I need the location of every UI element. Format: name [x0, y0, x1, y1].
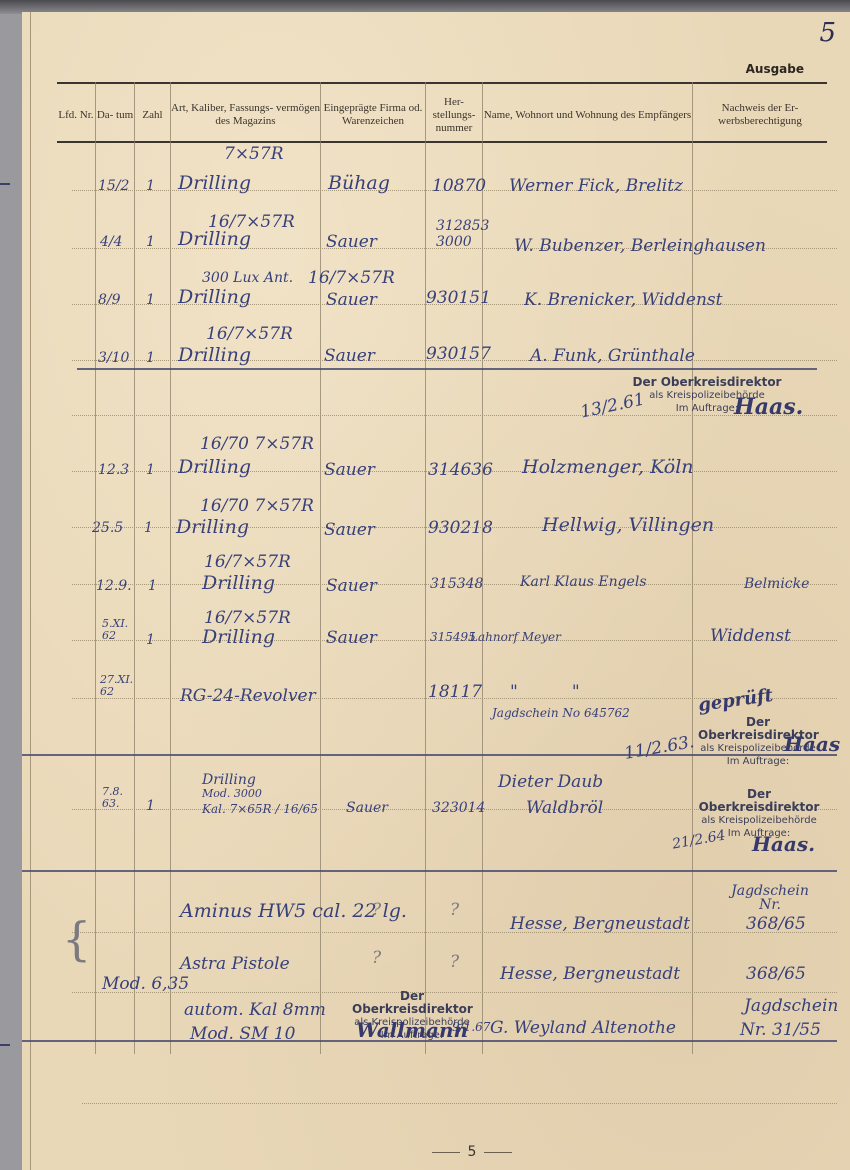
- cell-art: Kal. 7×65R / 16/65: [202, 802, 318, 816]
- cell-firma: Sauer: [326, 232, 377, 252]
- col-header-empfaenger: Name, Wohnort und Wohnung des Empfängers: [483, 90, 692, 140]
- ledger-page: 5 Ausgabe Lfd. Nr. Da- tum Zahl Art, Kal…: [22, 12, 850, 1170]
- cell-nummer: 18117: [428, 682, 482, 702]
- cell-art: Drilling: [178, 172, 251, 194]
- col-divider: [134, 82, 135, 1054]
- cell-firma: Sauer: [326, 290, 377, 310]
- cell-nachweis: Nr. 31/55: [740, 1020, 821, 1040]
- cell-empfaenger: Lahnorf Meyer: [470, 630, 561, 644]
- cell-zahl: 1: [146, 292, 155, 308]
- cell-art: Drilling: [178, 344, 251, 366]
- section-rule: [22, 870, 837, 872]
- cell-art-top: 16/70 7×57R: [200, 434, 314, 454]
- cell-datum: 5.XI. 62: [102, 618, 126, 642]
- cell-firma: ?: [372, 900, 381, 920]
- col-divider: [692, 82, 693, 1054]
- stamp-line: Der Oberkreisdirektor: [352, 990, 472, 1016]
- cell-art-top: Drilling: [202, 772, 256, 788]
- cell-empfaenger: G. Weyland Altenothe: [490, 1018, 676, 1038]
- cell-firma: Sauer: [346, 800, 388, 816]
- cell-empfaenger: Hesse, Bergneustadt: [510, 914, 690, 934]
- col-header-datum: Da- tum: [96, 90, 134, 140]
- page-number: 5: [468, 1144, 477, 1160]
- header-top-rule: [57, 82, 827, 84]
- cell-empfaenger: Karl Klaus Engels: [520, 574, 647, 590]
- cell-nachweis-top: Jagdschein: [744, 996, 838, 1016]
- cell-nummer: 930151: [426, 288, 491, 308]
- cell-empfaenger: Holzmenger, Köln: [522, 456, 694, 478]
- cell-nummer-top: 312853: [436, 218, 489, 234]
- approval-mark: geprüft: [697, 685, 774, 716]
- cell-datum: 4/4: [100, 234, 123, 250]
- stamp-line: Der Oberkreisdirektor: [694, 788, 824, 814]
- signature: Haas.: [734, 394, 803, 420]
- section-title: Ausgabe: [746, 62, 804, 76]
- col-divider: [425, 82, 426, 1054]
- cell-art-top: 300 Lux Ant.: [202, 270, 293, 286]
- cell-zahl: 1: [146, 798, 155, 814]
- col-header-lfd-nr: Lfd. Nr.: [57, 90, 95, 140]
- cell-firma-top: 16/7×57R: [308, 268, 395, 288]
- col-header-nummer: Her- stellungs- nummer: [426, 90, 482, 140]
- cell-zahl: 1: [148, 578, 157, 594]
- row-guide: [72, 415, 837, 416]
- cell-datum: 3/10: [98, 350, 129, 366]
- cell-nachweis-top: Jagdschein Nr.: [730, 884, 810, 912]
- cell-firma: Bühag: [328, 172, 390, 194]
- cell-art: Astra Pistole: [180, 954, 290, 974]
- cell-nummer: 3000: [436, 234, 472, 250]
- cell-nummer: 315495: [430, 630, 476, 644]
- cell-zahl: 1: [146, 350, 155, 366]
- cell-firma: Sauer: [326, 628, 377, 648]
- cell-nummer: 314636: [428, 460, 493, 480]
- stamp-date: 21/2.64: [671, 827, 727, 852]
- cell-zahl: 1: [146, 234, 155, 250]
- cell-art: RG-24-Revolver: [180, 686, 316, 706]
- col-divider: [95, 82, 96, 1054]
- cell-firma: Sauer: [324, 460, 375, 480]
- cell-art-top: 7×57R: [224, 144, 284, 164]
- cell-nummer: ?: [450, 900, 459, 920]
- cell-empfaenger: A. Funk, Grünthale: [530, 346, 695, 366]
- cell-empfaenger: " ": [510, 682, 580, 702]
- col-header-art: Art, Kaliber, Fassungs- vermögen des Mag…: [171, 90, 320, 140]
- col-divider: [170, 82, 171, 1054]
- cell-empfaenger: Waldbröl: [526, 798, 603, 818]
- corner-page-number: 5: [819, 18, 836, 48]
- col-header-nachweis: Nachweis der Er- werbsberechtigung: [693, 90, 827, 140]
- cell-empfaenger: Hellwig, Villingen: [542, 514, 714, 536]
- cell-zahl: 1: [146, 178, 155, 194]
- cell-art: Drilling: [202, 572, 275, 594]
- margin-mark: [0, 1044, 10, 1046]
- cell-datum: 15/2: [98, 178, 129, 194]
- cell-art-mid: Mod. 3000: [202, 787, 262, 800]
- cell-empfaenger: K. Brenicker, Widdenst: [524, 290, 722, 310]
- cell-nummer: 930157: [426, 344, 491, 364]
- stamp-line: Im Auftrage:: [698, 755, 818, 768]
- section-rule: [77, 368, 817, 370]
- signature: Haas.: [752, 832, 815, 856]
- cell-empfaenger: Werner Fick, Brelitz: [509, 176, 683, 196]
- cell-nummer: ?: [450, 952, 459, 972]
- signature: Haas: [784, 732, 840, 756]
- cell-nachweis: Belmicke: [744, 576, 809, 592]
- cell-art: Drilling: [176, 516, 249, 538]
- cell-datum: 25.5: [92, 520, 123, 536]
- cell-empfaenger: W. Bubenzer, Berleinghausen: [514, 236, 766, 256]
- row-guide: [82, 1103, 837, 1104]
- stamp-date: 11/2.63.: [623, 732, 696, 764]
- cell-datum: 27.XI. 62: [100, 674, 124, 698]
- cell-art: Mod. SM 10: [190, 1024, 295, 1044]
- pencil-bracket: {: [62, 912, 91, 966]
- cell-art: Drilling: [178, 456, 251, 478]
- cell-zahl: 1: [146, 462, 155, 478]
- cell-art-top: 16/70 7×57R: [200, 496, 314, 516]
- stamp-line: als Kreispolizeibehörde: [694, 814, 824, 827]
- cell-firma: Sauer: [324, 520, 375, 540]
- page-fold-line: [30, 12, 31, 1170]
- cell-firma: Sauer: [324, 346, 375, 366]
- col-header-zahl: Zahl: [135, 90, 170, 140]
- cell-nummer: 323014: [432, 800, 485, 816]
- cell-zahl: 1: [146, 632, 155, 648]
- col-header-firma: Eingeprägte Firma od. Warenzeichen: [321, 90, 425, 140]
- cell-datum: 12.3: [98, 462, 129, 478]
- margin-mark: [0, 183, 10, 185]
- cell-note: Jagdschein No 645762: [492, 706, 630, 720]
- cell-empfaenger-top: Dieter Daub: [498, 772, 603, 792]
- cell-zahl: 1: [144, 520, 153, 536]
- cell-nachweis: Widdenst: [710, 626, 791, 646]
- cell-art: Drilling: [178, 286, 251, 308]
- cell-art: Drilling: [178, 228, 251, 250]
- cell-datum: 7.8. 63.: [102, 786, 126, 810]
- cell-art-top: 16/7×57R: [204, 552, 291, 572]
- stamp-line: Der Oberkreisdirektor: [632, 376, 782, 389]
- cell-nummer: 315348: [430, 576, 483, 592]
- cell-datum: 8/9: [98, 292, 121, 308]
- cell-datum: Mod. 6,35: [102, 974, 189, 994]
- cell-art-top: autom. Kal 8mm: [184, 1000, 326, 1020]
- cell-firma: ?: [372, 948, 381, 968]
- cell-nummer: 930218: [428, 518, 493, 538]
- page-number-footer: 5: [412, 1144, 532, 1160]
- cell-nachweis: 368/65: [746, 964, 806, 984]
- header-bottom-rule: [57, 141, 827, 143]
- cell-nachweis: 368/65: [746, 914, 806, 934]
- stamp-date: 9/1.67: [452, 1020, 490, 1034]
- cell-art: Drilling: [202, 626, 275, 648]
- cell-firma: Sauer: [326, 576, 377, 596]
- row-guide: [72, 932, 837, 933]
- cell-art-top: 16/7×57R: [206, 324, 293, 344]
- cell-empfaenger: Hesse, Bergneustadt: [500, 964, 680, 984]
- cell-nummer: 10870: [432, 176, 486, 196]
- cell-datum: 12.9.: [96, 578, 132, 594]
- cell-art-top: 16/7×57R: [204, 608, 291, 628]
